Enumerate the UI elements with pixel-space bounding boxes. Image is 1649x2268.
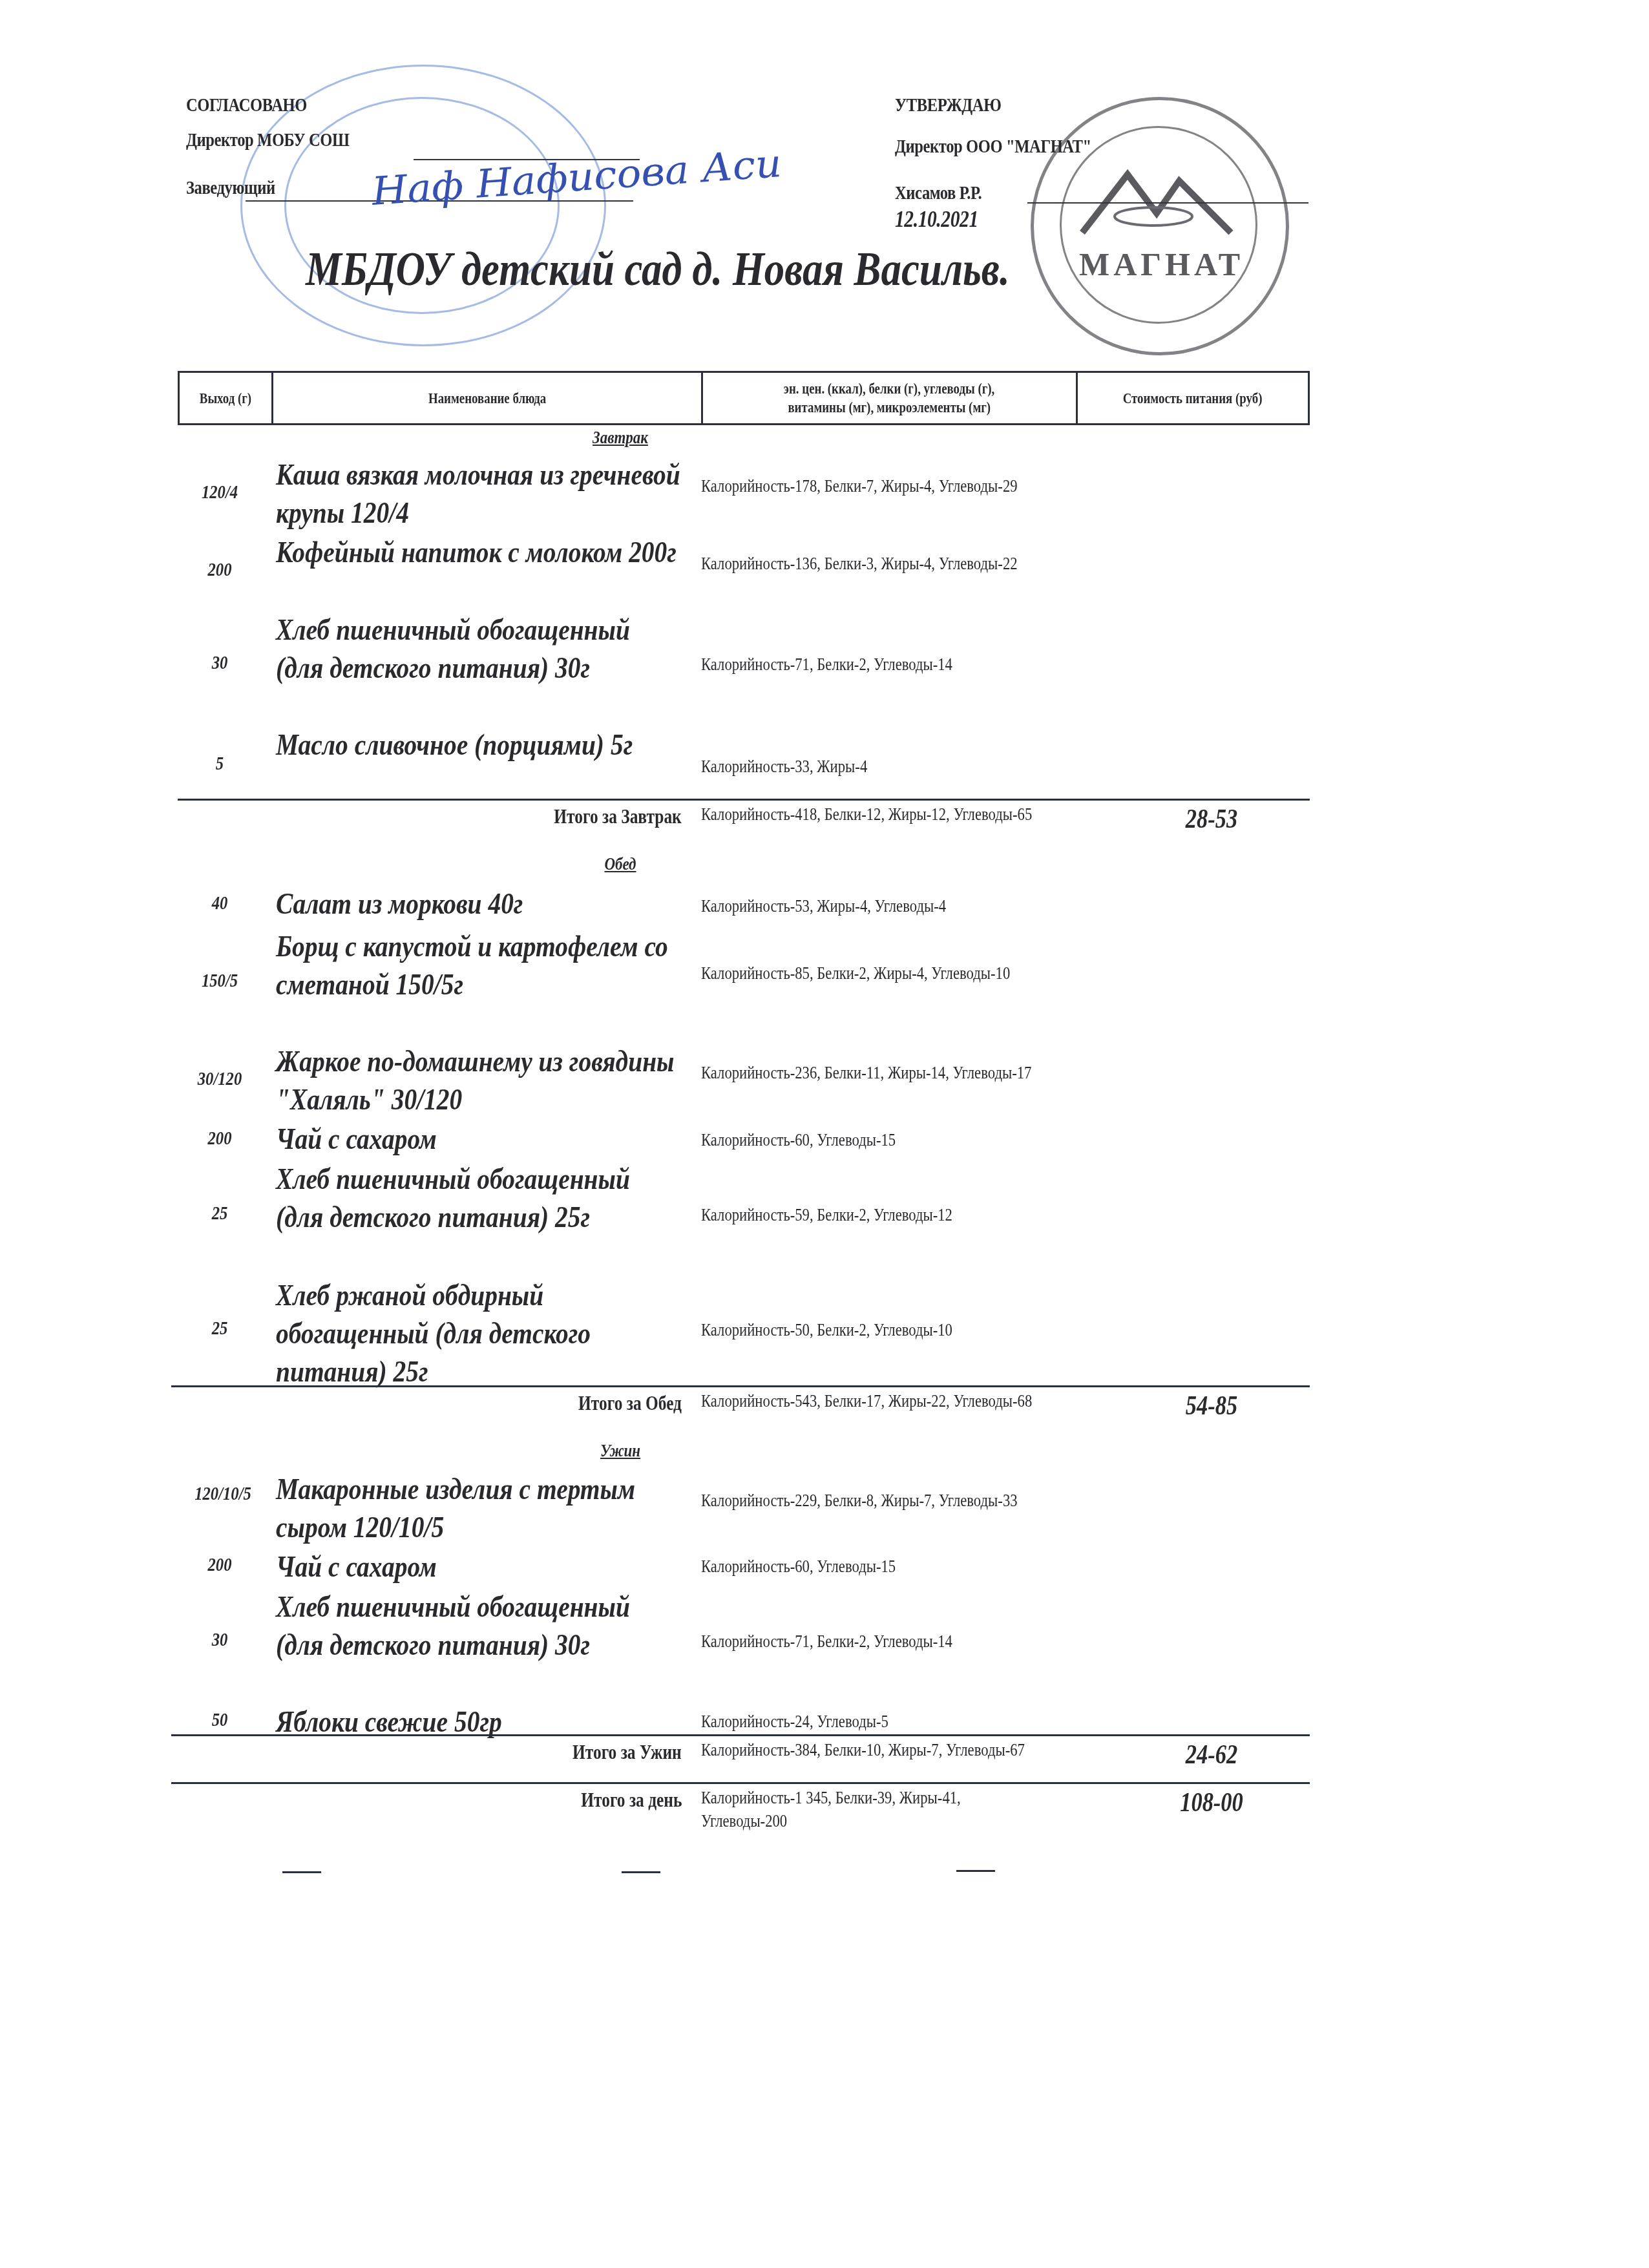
signature-blank-1: [282, 1871, 321, 1873]
stamp-magnat-text: МАГНАТ: [1079, 246, 1244, 283]
approval-right-heading: УТВЕРЖДАЮ: [895, 94, 1001, 116]
section-divider: [171, 1385, 1310, 1387]
page-title: МБДОУ детский сад д. Новая Васильв.: [306, 242, 1010, 297]
header-cost: Стоимость питания (руб): [1078, 373, 1308, 423]
approval-date: 12.10.2021: [895, 205, 978, 233]
section-cost: 54-85: [1159, 1391, 1265, 1422]
section-title-dinner: Ужин: [541, 1441, 700, 1462]
approval-left-line2: Заведующий: [186, 177, 275, 199]
approval-right-line1: Директор ООО "МАГНАТ": [895, 136, 1091, 158]
section-title-lunch: Обед: [541, 854, 700, 875]
approval-right-signature-line: [1027, 202, 1308, 204]
header-yield: Выход (г): [180, 373, 273, 423]
header-nutrition: эн. цен. (ккал), белки (г), углеводы (г)…: [703, 373, 1078, 423]
section-divider: [171, 1734, 1310, 1736]
approval-left-heading: СОГЛАСОВАНО: [186, 94, 307, 116]
approval-left-line1: Директор МОБУ СОШ: [186, 129, 350, 151]
day-cost: 108-00: [1159, 1787, 1265, 1818]
section-cost: 28-53: [1159, 804, 1265, 835]
header-dish-name: Наименование блюда: [273, 373, 703, 423]
section-divider: [178, 799, 1310, 801]
mountain-logo-icon: [1076, 162, 1237, 239]
approval-right-line2: Хисамов Р.Р.: [895, 182, 982, 204]
table-header: Выход (г) Наименование блюда эн. цен. (к…: [178, 371, 1310, 425]
signature-blank-2: [622, 1871, 660, 1873]
day-divider: [171, 1782, 1310, 1784]
signature-blank-3: [956, 1870, 995, 1872]
section-cost: 24-62: [1159, 1739, 1265, 1770]
section-title-breakfast: Завтрак: [541, 428, 700, 448]
